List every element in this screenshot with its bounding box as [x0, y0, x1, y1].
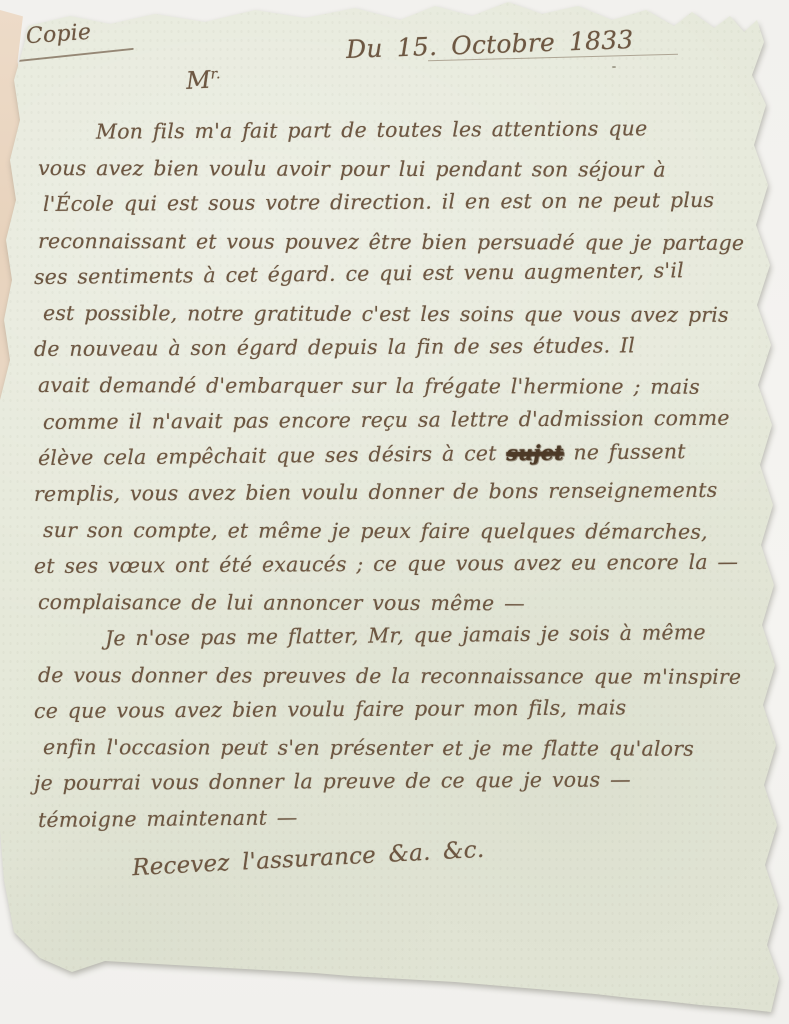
- letter-line: ses sentiments à cet égard. ce qui est v…: [34, 251, 764, 295]
- letter-line: l'École qui est sous votre direction. il…: [43, 182, 764, 223]
- letter-line: témoigne maintenant —: [38, 794, 764, 838]
- ink-speck: [612, 66, 616, 68]
- salutation: Mr.: [185, 65, 221, 95]
- ink-speck: [258, 742, 260, 744]
- letter-line: et ses vœux ont été exaucés ; ce que vou…: [34, 544, 764, 585]
- letter-line: remplis, vous avez bien voulu donner de …: [34, 471, 764, 512]
- letter-line-with-strikeout: élève cela empêchait que ses désirs à ce…: [38, 432, 764, 476]
- copie-annotation: Copie: [25, 20, 92, 49]
- letter-line: de nouveau à son égard depuis la fin de …: [34, 327, 764, 368]
- struck-word: sujet: [506, 440, 564, 465]
- letter-line: ce que vous avez bien voulu faire pour m…: [34, 689, 764, 730]
- letter-line: Mon fils m'a fait part de toutes les att…: [34, 110, 764, 151]
- letter-line: Je n'ose pas me flatter, Mr, que jamais …: [43, 613, 764, 657]
- struck-line-pre: élève cela empêchait que ses désirs à ce…: [38, 441, 507, 470]
- copie-underline-flourish: [16, 48, 134, 62]
- closing-line: Recevez l'assurance &a. &c.: [132, 837, 485, 881]
- salutation-superscript: r.: [210, 66, 221, 83]
- letter-body: Mon fils m'a fait part de toutes les att…: [34, 114, 764, 838]
- letter-sheet-wrap: Copie Du 15. Octobre 1833 Mr. Mon fils m…: [0, 0, 789, 1024]
- salutation-m: M: [185, 66, 211, 95]
- letter-sheet: Copie Du 15. Octobre 1833 Mr. Mon fils m…: [0, 0, 789, 1024]
- struck-line-post: ne fussent: [564, 439, 686, 464]
